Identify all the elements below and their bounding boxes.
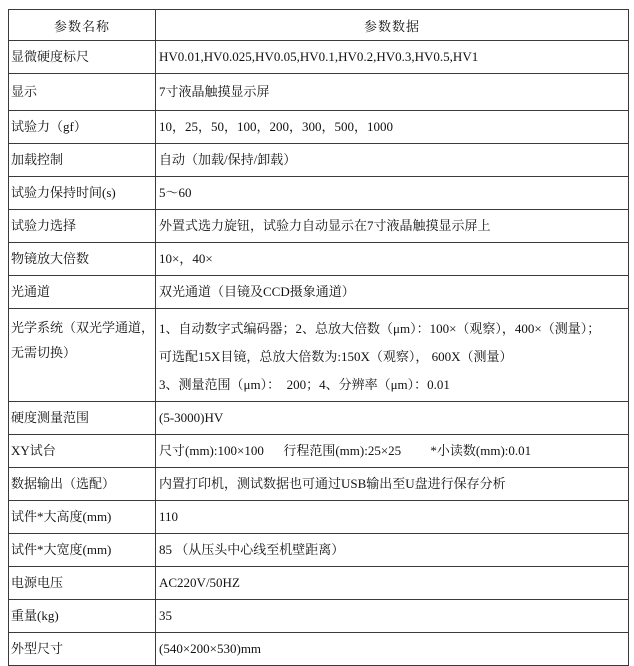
- parameter-value-cell: 85 （从压头中心线至机壁距离）: [156, 534, 629, 567]
- parameter-name-cell: 外型尺寸: [9, 633, 156, 666]
- parameter-name-cell: 物镜放大倍数: [9, 243, 156, 276]
- parameter-name-cell: 显示: [9, 74, 156, 111]
- table-row: 硬度测量范围(5-3000)HV: [9, 402, 629, 435]
- table-row: 试件*大宽度(mm)85 （从压头中心线至机壁距离）: [9, 534, 629, 567]
- parameter-name-cell: 试验力选择: [9, 210, 156, 243]
- table-row: 物镜放大倍数10×，40×: [9, 243, 629, 276]
- parameter-value-cell: 5～60: [156, 177, 629, 210]
- parameter-value-cell: (540×200×530)mm: [156, 633, 629, 666]
- table-row: 加载控制自动（加载/保持/卸载）: [9, 144, 629, 177]
- spec-table-body: 显微硬度标尺HV0.01,HV0.025,HV0.05,HV0.1,HV0.2,…: [9, 41, 629, 666]
- parameter-name-cell: 显微硬度标尺: [9, 41, 156, 74]
- table-row: 光通道双光通道（目镜及CCD摄象通道）: [9, 276, 629, 309]
- table-row: 试验力保持时间(s)5～60: [9, 177, 629, 210]
- header-row: 参数名称 参数数据: [9, 10, 629, 41]
- parameter-name-cell: 电源电压: [9, 567, 156, 600]
- parameter-name-cell: 试验力保持时间(s): [9, 177, 156, 210]
- parameter-value-cell: HV0.01,HV0.025,HV0.05,HV0.1,HV0.2,HV0.3,…: [156, 41, 629, 74]
- parameter-name-cell: XY试台: [9, 435, 156, 468]
- table-row: 光学系统（双光学通道，无需切换）1、自动数字式编码器；2、总放大倍数（μm）：1…: [9, 309, 629, 402]
- parameter-name-cell: 数据输出（选配）: [9, 468, 156, 501]
- spec-table-container: 参数名称 参数数据 显微硬度标尺HV0.01,HV0.025,HV0.05,HV…: [8, 9, 628, 666]
- parameter-value-cell: 自动（加载/保持/卸载）: [156, 144, 629, 177]
- column-header-parameter-data: 参数数据: [156, 10, 629, 41]
- parameter-value-cell: AC220V/50HZ: [156, 567, 629, 600]
- parameter-name-cell: 试验力（gf）: [9, 111, 156, 144]
- parameter-value-cell: 110: [156, 501, 629, 534]
- parameter-value-cell: 双光通道（目镜及CCD摄象通道）: [156, 276, 629, 309]
- table-row: 外型尺寸(540×200×530)mm: [9, 633, 629, 666]
- parameter-name-cell: 加载控制: [9, 144, 156, 177]
- table-row: 重量(kg)35: [9, 600, 629, 633]
- parameter-value-cell: (5-3000)HV: [156, 402, 629, 435]
- column-header-parameter-name: 参数名称: [9, 10, 156, 41]
- parameter-value-cell: 外置式选力旋钮，试验力自动显示在7寸液晶触摸显示屏上: [156, 210, 629, 243]
- table-row: XY试台尺寸(mm):100×100 行程范围(mm):25×25 *小读数(m…: [9, 435, 629, 468]
- parameter-value-cell: 7寸液晶触摸显示屏: [156, 74, 629, 111]
- parameter-name-cell: 试件*大宽度(mm): [9, 534, 156, 567]
- table-row: 数据输出（选配）内置打印机，测试数据也可通过USB输出至U盘进行保存分析: [9, 468, 629, 501]
- spec-table-header: 参数名称 参数数据: [9, 10, 629, 41]
- parameter-value-cell: 35: [156, 600, 629, 633]
- table-row: 电源电压AC220V/50HZ: [9, 567, 629, 600]
- table-row: 试件*大高度(mm)110: [9, 501, 629, 534]
- parameter-name-cell: 光通道: [9, 276, 156, 309]
- table-row: 显微硬度标尺HV0.01,HV0.025,HV0.05,HV0.1,HV0.2,…: [9, 41, 629, 74]
- parameter-name-cell: 硬度测量范围: [9, 402, 156, 435]
- parameter-name-cell: 光学系统（双光学通道，无需切换）: [9, 309, 156, 402]
- parameter-value-cell: 10×，40×: [156, 243, 629, 276]
- parameter-name-cell: 试件*大高度(mm): [9, 501, 156, 534]
- parameter-value-cell: 内置打印机，测试数据也可通过USB输出至U盘进行保存分析: [156, 468, 629, 501]
- spec-table: 参数名称 参数数据 显微硬度标尺HV0.01,HV0.025,HV0.05,HV…: [8, 9, 629, 666]
- parameter-name-cell: 重量(kg): [9, 600, 156, 633]
- table-row: 试验力选择外置式选力旋钮，试验力自动显示在7寸液晶触摸显示屏上: [9, 210, 629, 243]
- parameter-value-cell: 1、自动数字式编码器；2、总放大倍数（μm）：100×（观察），400×（测量）…: [156, 309, 629, 402]
- parameter-value-cell: 10，25，50，100，200，300，500，1000: [156, 111, 629, 144]
- table-row: 显示7寸液晶触摸显示屏: [9, 74, 629, 111]
- table-row: 试验力（gf）10，25，50，100，200，300，500，1000: [9, 111, 629, 144]
- parameter-value-cell: 尺寸(mm):100×100 行程范围(mm):25×25 *小读数(mm):0…: [156, 435, 629, 468]
